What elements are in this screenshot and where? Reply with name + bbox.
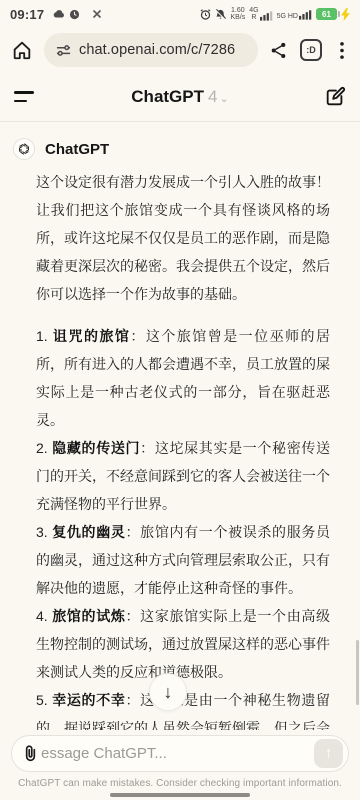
battery-indicator: 61 xyxy=(316,8,337,20)
message-input-container[interactable]: ↑ xyxy=(11,735,349,772)
item-title: 诅咒的旅馆 xyxy=(53,328,130,344)
item-number: 4. xyxy=(36,608,52,624)
new-chat-button[interactable] xyxy=(324,86,346,108)
list-item: 2. 隐藏的传送门：这坨屎其实是一个秘密传送门的开关，不经意间踩到它的客人会被送… xyxy=(36,434,330,518)
item-title: 旅馆的试炼 xyxy=(52,608,125,624)
home-button[interactable] xyxy=(8,36,36,64)
item-number: 3. xyxy=(36,524,52,540)
tab-count[interactable]: :D xyxy=(300,39,322,61)
list-item: 1. 诅咒的旅馆：这个旅馆曾是一位巫师的居所，所有进入的人都会遭遇不幸，员工放置… xyxy=(36,322,330,434)
sidebar-menu-button[interactable] xyxy=(14,91,36,102)
chatgpt-header: ChatGPT4⌄ xyxy=(0,72,360,122)
app-title: ChatGPT xyxy=(131,87,204,106)
notification-icons xyxy=(53,9,102,20)
list-item: 4. 旅馆的试炼：这家旅馆实际上是一个由高级生物控制的测试场，通过放置屎这样的恶… xyxy=(36,602,330,686)
message-body: 这个设定很有潜力发展成一个引人入胜的故事！让我们把这个旅馆变成一个具有怪谈风格的… xyxy=(36,168,330,732)
browser-menu-button[interactable] xyxy=(332,36,352,64)
sender-name: ChatGPT xyxy=(45,141,109,158)
x-notification-icon xyxy=(92,9,102,19)
status-right-cluster: 1.60 KB/s 4G R 5G HD 61 xyxy=(200,7,350,21)
chat-scroll-area[interactable]: ChatGPT 这个设定很有潜力发展成一个引人入胜的故事！让我们把这个旅馆变成一… xyxy=(0,122,360,732)
assistant-message: ChatGPT 这个设定很有潜力发展成一个引人入胜的故事！让我们把这个旅馆变成一… xyxy=(0,122,360,732)
composer-area: ↑ ChatGPT can make mistakes. Consider ch… xyxy=(0,730,360,800)
signal-bars-icon-1 xyxy=(260,10,273,21)
chevron-down-icon: ⌄ xyxy=(219,93,228,105)
item-separator: ： xyxy=(130,328,145,344)
charging-bolt-icon xyxy=(341,8,350,21)
intro-paragraph: 这个设定很有潜力发展成一个引人入胜的故事！让我们把这个旅馆变成一个具有怪谈风格的… xyxy=(36,168,330,308)
message-input[interactable] xyxy=(41,745,312,762)
item-separator: ： xyxy=(126,608,141,624)
list-item: 3. 复仇的幽灵：旅馆内有一个被误杀的服务员的幽灵，通过这种方式向管理层索取公正… xyxy=(36,518,330,602)
clock-text: 09:17 xyxy=(10,7,44,22)
cloud-notification-icon xyxy=(53,9,65,19)
item-separator: ： xyxy=(126,692,141,708)
sim2-signal: 5G HD xyxy=(277,9,312,20)
item-separator: ： xyxy=(126,524,141,540)
signal-bars-icon-2 xyxy=(299,9,312,20)
up-arrow-icon: ↑ xyxy=(325,745,333,763)
item-number: 1. xyxy=(36,328,53,344)
url-text[interactable]: chat.openai.com/c/7286 xyxy=(79,42,235,58)
tab-switcher-button[interactable]: :D xyxy=(298,36,324,64)
clock-notification-icon xyxy=(69,9,80,20)
sim1-signal: 4G R xyxy=(249,7,272,21)
net-speed-indicator: 1.60 KB/s xyxy=(230,7,245,21)
item-title: 隐藏的传送门 xyxy=(52,440,140,456)
item-title: 复仇的幽灵 xyxy=(52,524,125,540)
scrollbar-thumb[interactable] xyxy=(356,640,359,705)
down-arrow-icon: ↓ xyxy=(164,682,173,703)
gesture-navigation-bar[interactable] xyxy=(110,793,250,797)
phone-screen: 09:17 1.60 KB/s xyxy=(0,0,360,800)
disclaimer-text: ChatGPT can make mistakes. Consider chec… xyxy=(0,778,360,789)
item-separator: ： xyxy=(140,440,155,456)
chatgpt-avatar xyxy=(13,138,35,160)
url-fade xyxy=(234,33,258,67)
bell-off-icon xyxy=(215,9,226,20)
alarm-icon xyxy=(200,9,211,20)
item-number: 2. xyxy=(36,440,52,456)
share-button[interactable] xyxy=(266,36,290,64)
model-selector[interactable]: ChatGPT4⌄ xyxy=(36,87,324,107)
status-bar: 09:17 1.60 KB/s xyxy=(0,0,360,28)
browser-toolbar: chat.openai.com/c/7286 :D xyxy=(0,28,360,72)
send-button[interactable]: ↑ xyxy=(314,739,343,768)
openai-logo-icon xyxy=(17,142,31,156)
model-version: 4 xyxy=(208,87,217,106)
item-number: 5. xyxy=(36,692,52,708)
site-settings-icon[interactable] xyxy=(56,43,71,58)
item-title: 幸运的不幸 xyxy=(52,692,125,708)
paperclip-icon[interactable] xyxy=(22,744,39,763)
scroll-to-bottom-button[interactable]: ↓ xyxy=(149,673,187,711)
address-bar[interactable]: chat.openai.com/c/7286 xyxy=(44,33,258,67)
